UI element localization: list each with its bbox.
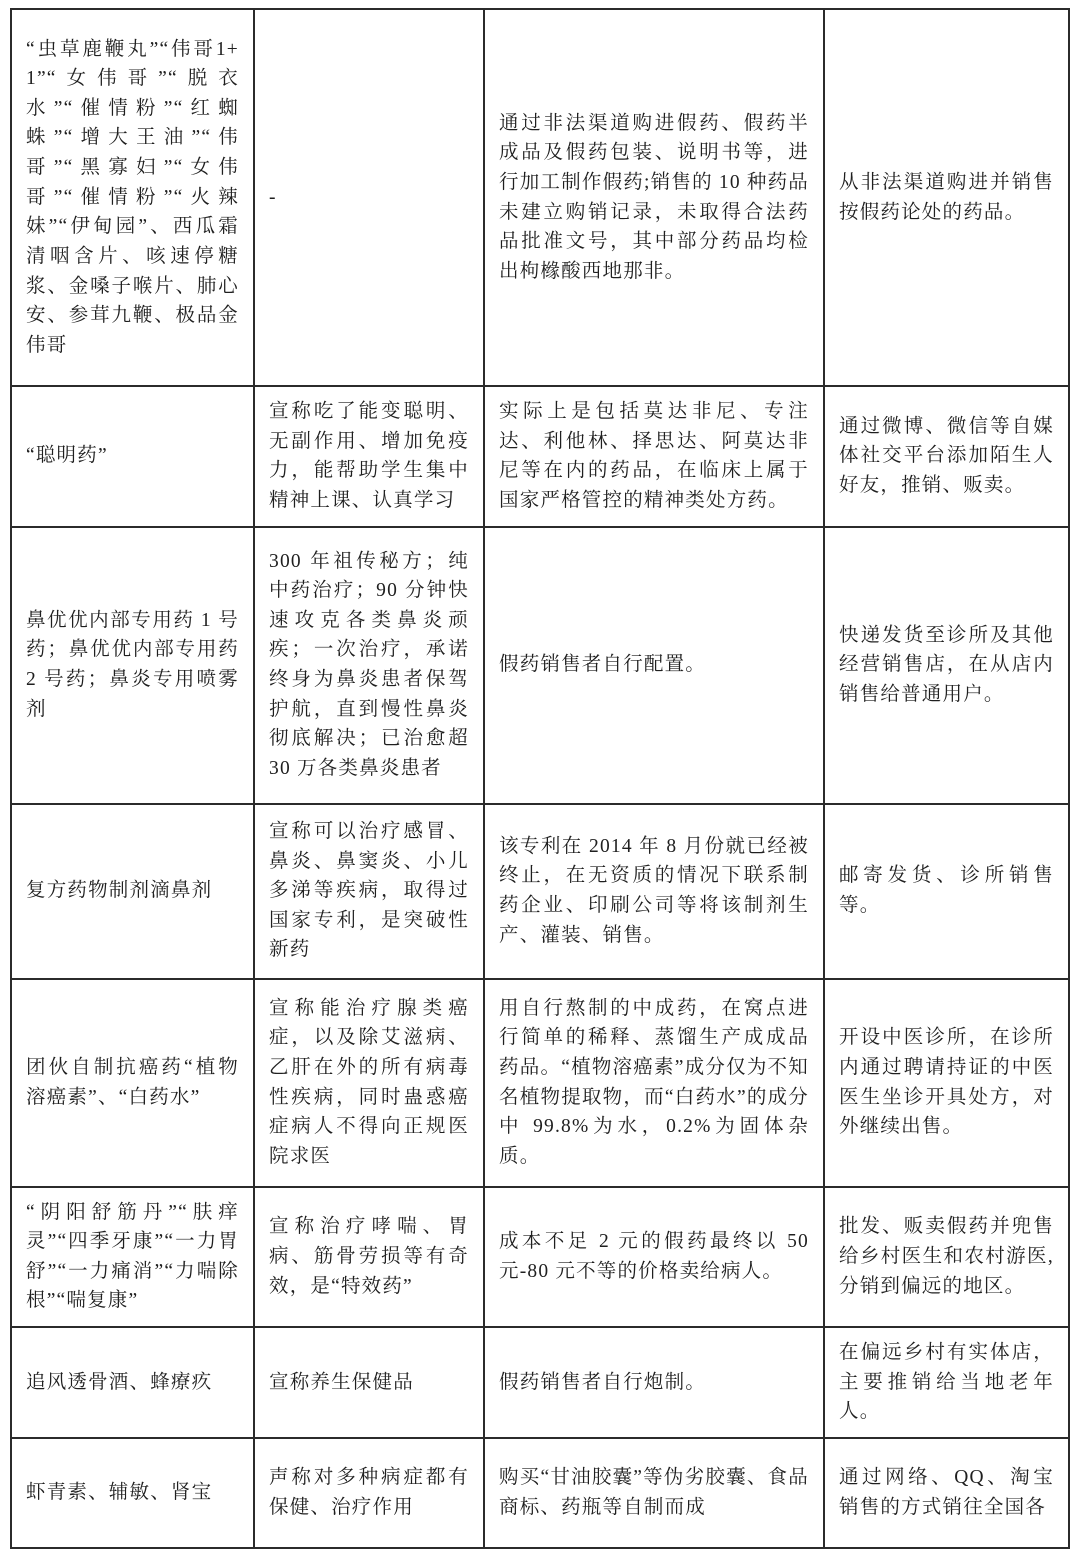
table-row: 鼻优优内部专用药 1 号药；鼻优优内部专用药 2 号药；鼻炎专用喷雾剂 300 … [11,527,1069,804]
cell-claimed-effect: 300 年祖传秘方；纯中药治疗；90 分钟快速攻克各类鼻炎顽疾；一次治疗，承诺终… [254,527,484,804]
table-row: “聪明药” 宣称吃了能变聪明、无副作用、增加免疫力，能帮助学生集中精神上课、认真… [11,386,1069,527]
cell-claimed-effect: 宣称可以治疗感冒、鼻炎、鼻窦炎、小儿多涕等疾病，取得过国家专利，是突破性新药 [254,804,484,979]
cell-sales-channel: 快递发货至诊所及其他经营销售店，在从店内销售给普通用户。 [824,527,1069,804]
cell-drug-name: “阴阳舒筋丹”“肤痒灵”“四季牙康”“一力胃舒”“一力痛消”“力喘除根”“喘复康… [11,1187,254,1328]
cell-actual-fact: 成本不足 2 元的假药最终以 50 元-80 元不等的价格卖给病人。 [484,1187,824,1328]
cell-drug-name: 虾青素、辅敏、肾宝 [11,1438,254,1501]
cell-actual-fact: 实际上是包括莫达非尼、专注达、利他林、择思达、阿莫达非尼等在内的药品，在临床上属… [484,386,824,527]
cell-drug-name: “聪明药” [11,386,254,527]
cell-claimed-effect: 宣称养生保健品 [254,1327,484,1438]
fake-drugs-table-container: “虫草鹿鞭丸”“伟哥1+1”“女伟哥”“脱衣水”“催情粉”“红蜘蛛”“增大王油”… [10,8,1068,1501]
fake-drugs-table: “虫草鹿鞭丸”“伟哥1+1”“女伟哥”“脱衣水”“催情粉”“红蜘蛛”“增大王油”… [10,8,1070,1501]
table-row: 团伙自制抗癌药“植物溶癌素”、“白药水” 宣称能治疗腺类癌症，以及除艾滋病、乙肝… [11,979,1069,1187]
cell-sales-channel: 通过网络、QQ、淘宝销售的方式销往全国各 [824,1438,1069,1501]
cell-drug-name: 复方药物制剂滴鼻剂 [11,804,254,979]
cell-drug-name: 团伙自制抗癌药“植物溶癌素”、“白药水” [11,979,254,1187]
cell-claimed-effect: 宣称能治疗腺类癌症，以及除艾滋病、乙肝在外的所有病毒性疾病，同时蛊惑癌症病人不得… [254,979,484,1187]
cell-claimed-effect: 宣称治疗哮喘、胃病、筋骨劳损等有奇效，是“特效药” [254,1187,484,1328]
cell-actual-fact: 假药销售者自行炮制。 [484,1327,824,1438]
cell-sales-channel: 从非法渠道购进并销售按假药论处的药品。 [824,9,1069,386]
cell-drug-name: 鼻优优内部专用药 1 号药；鼻优优内部专用药 2 号药；鼻炎专用喷雾剂 [11,527,254,804]
cell-claimed-effect: - [254,9,484,386]
table-row: 虾青素、辅敏、肾宝 声称对多种病症都有保健、治疗作用 购买“甘油胶囊”等伪劣胶囊… [11,1438,1069,1501]
cell-sales-channel: 批发、贩卖假药并兜售给乡村医生和农村游医,分销到偏远的地区。 [824,1187,1069,1328]
cell-sales-channel: 邮寄发货、诊所销售等。 [824,804,1069,979]
table-row: “虫草鹿鞭丸”“伟哥1+1”“女伟哥”“脱衣水”“催情粉”“红蜘蛛”“增大王油”… [11,9,1069,386]
cell-drug-name: 追风透骨酒、蜂療疚 [11,1327,254,1438]
table-row: 复方药物制剂滴鼻剂 宣称可以治疗感冒、鼻炎、鼻窦炎、小儿多涕等疾病，取得过国家专… [11,804,1069,979]
cell-drug-name: “虫草鹿鞭丸”“伟哥1+1”“女伟哥”“脱衣水”“催情粉”“红蜘蛛”“增大王油”… [11,9,254,386]
cell-claimed-effect: 声称对多种病症都有保健、治疗作用 [254,1438,484,1501]
cell-sales-channel: 通过微博、微信等自媒体社交平台添加陌生人好友，推销、贩卖。 [824,386,1069,527]
table-row: 追风透骨酒、蜂療疚 宣称养生保健品 假药销售者自行炮制。 在偏远乡村有实体店，主… [11,1327,1069,1438]
table-row: “阴阳舒筋丹”“肤痒灵”“四季牙康”“一力胃舒”“一力痛消”“力喘除根”“喘复康… [11,1187,1069,1328]
cell-claimed-effect: 宣称吃了能变聪明、无副作用、增加免疫力，能帮助学生集中精神上课、认真学习 [254,386,484,527]
cell-actual-fact: 用自行熬制的中成药，在窝点进行简单的稀释、蒸馏生产成成品药品。“植物溶癌素”成分… [484,979,824,1187]
cell-sales-channel: 开设中医诊所，在诊所内通过聘请持证的中医医生坐诊开具处方，对外继续出售。 [824,979,1069,1187]
cell-actual-fact: 通过非法渠道购进假药、假药半成品及假药包装、说明书等，进行加工制作假药;销售的 … [484,9,824,386]
cell-actual-fact: 该专利在 2014 年 8 月份就已经被终止，在无资质的情况下联系制药企业、印刷… [484,804,824,979]
cell-actual-fact: 购买“甘油胶囊”等伪劣胶囊、食品商标、药瓶等自制而成 [484,1438,824,1501]
cell-sales-channel: 在偏远乡村有实体店，主要推销给当地老年人。 [824,1327,1069,1438]
cell-actual-fact: 假药销售者自行配置。 [484,527,824,804]
